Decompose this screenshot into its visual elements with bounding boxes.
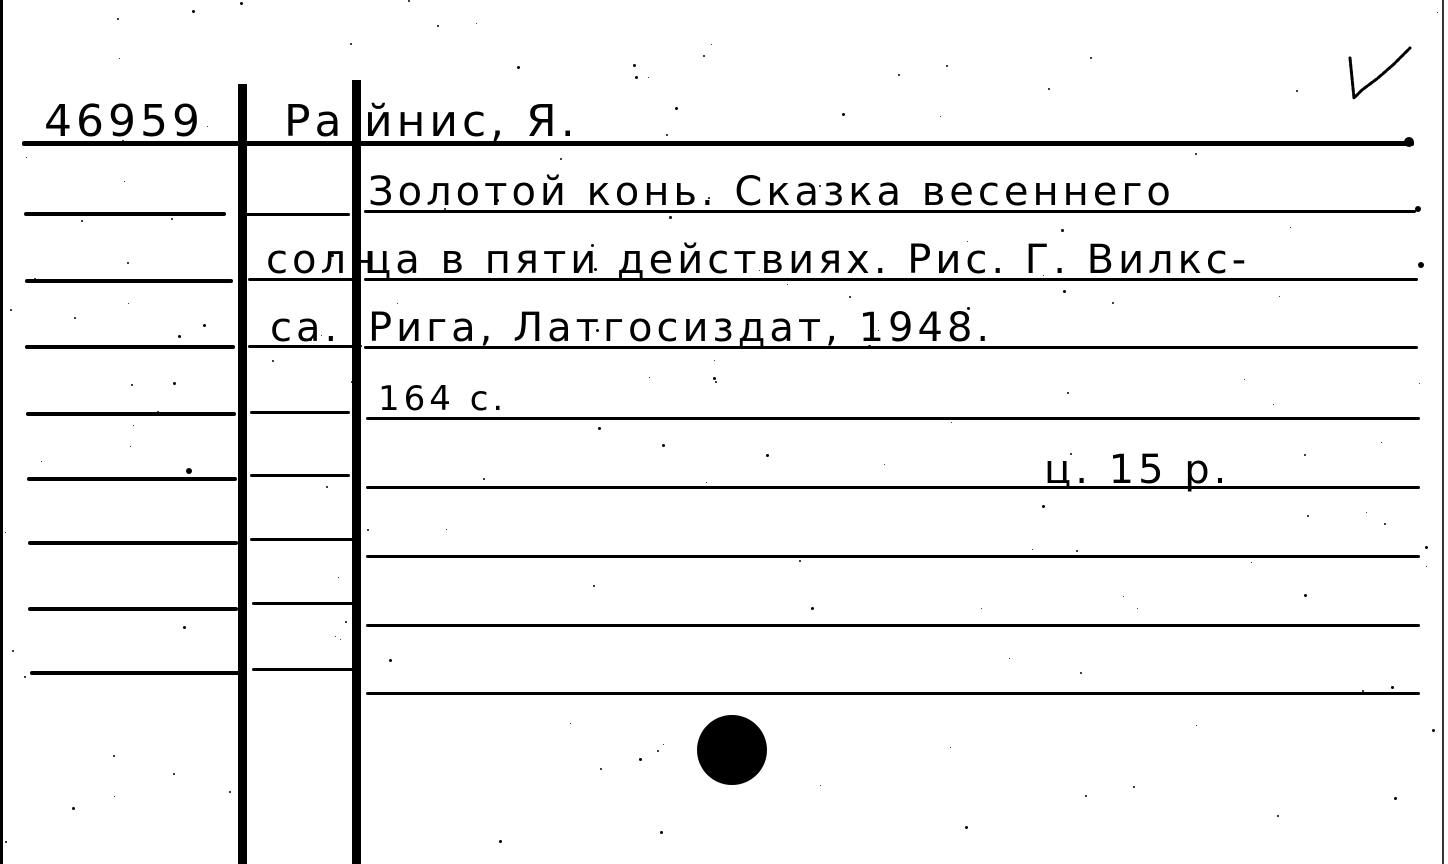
scan-noise <box>632 324 634 326</box>
price: ц. 15 р. <box>1044 450 1230 490</box>
scan-noise <box>951 422 952 423</box>
scan-noise <box>1384 523 1386 525</box>
scan-noise <box>662 444 665 447</box>
scan-noise <box>1123 596 1124 597</box>
imprint: Рига, Латгосиздат, 1948. <box>368 308 993 348</box>
scan-noise <box>360 345 362 347</box>
scan-noise <box>849 296 851 298</box>
scan-noise <box>1195 153 1197 155</box>
vertical-rule-2 <box>352 80 361 864</box>
scan-noise <box>1296 90 1298 92</box>
scan-noise <box>203 324 206 327</box>
scan-noise <box>1112 302 1114 304</box>
scan-noise <box>950 747 951 748</box>
scan-noise <box>1042 505 1045 508</box>
scan-noise <box>1437 12 1438 13</box>
speck <box>186 468 192 474</box>
scan-noise <box>1070 453 1072 455</box>
scan-noise <box>649 377 650 378</box>
scan-noise <box>1277 815 1279 817</box>
scan-noise <box>1061 229 1064 232</box>
scan-noise <box>309 338 312 341</box>
scan-noise <box>884 464 885 465</box>
scan-noise <box>714 360 715 361</box>
scan-noise <box>570 723 571 724</box>
scan-noise <box>351 381 353 383</box>
scan-noise <box>766 454 769 457</box>
scan-noise <box>0 418 2 420</box>
continuation-left-2: са. <box>270 308 341 348</box>
scan-noise <box>353 104 354 105</box>
middle-rule <box>250 538 354 541</box>
scan-noise <box>24 676 26 678</box>
scan-noise <box>122 140 124 142</box>
scan-noise <box>898 74 900 76</box>
scan-noise <box>345 621 347 623</box>
scan-noise <box>1426 566 1427 567</box>
scan-noise <box>128 303 129 304</box>
right-rule <box>366 624 1420 627</box>
scan-noise <box>340 639 341 640</box>
scan-noise <box>74 317 76 319</box>
scan-noise <box>72 807 75 810</box>
scan-noise <box>1425 546 1428 549</box>
scan-noise <box>842 113 845 116</box>
scan-noise <box>338 577 339 578</box>
scan-noise <box>648 77 649 78</box>
scan-noise <box>34 278 36 280</box>
scan-noise <box>713 377 716 380</box>
scan-noise <box>117 18 119 20</box>
scan-noise <box>1032 549 1033 550</box>
scan-noise <box>389 659 392 662</box>
scan-noise <box>1304 454 1306 456</box>
catalog-card: 46959 Ра йнис, Я. Золотой конь. Сказка в… <box>0 0 1448 864</box>
scan-noise <box>1391 686 1394 689</box>
scan-noise <box>878 330 879 331</box>
scan-noise <box>130 446 131 447</box>
scan-noise <box>192 10 195 13</box>
scan-noise <box>171 218 173 220</box>
scan-noise <box>635 76 638 79</box>
right-rule <box>366 486 1420 489</box>
scan-noise <box>173 773 175 775</box>
scan-noise <box>173 382 176 385</box>
scan-noise <box>183 626 186 629</box>
scan-noise <box>967 241 968 242</box>
card-left-edge <box>0 0 3 864</box>
scan-noise <box>593 585 595 587</box>
scan-noise <box>711 44 712 45</box>
middle-rule <box>250 411 350 414</box>
scan-noise <box>598 427 601 430</box>
scan-noise <box>1394 797 1397 800</box>
middle-rule <box>245 213 350 216</box>
scan-noise <box>591 244 594 247</box>
middle-rule <box>252 668 356 671</box>
scan-noise <box>444 208 446 210</box>
scan-noise <box>178 335 181 338</box>
scan-noise <box>1244 379 1245 380</box>
scan-noise <box>162 282 163 283</box>
scan-noise <box>974 144 975 145</box>
scan-noise <box>657 750 659 752</box>
scan-noise <box>1080 672 1082 674</box>
scan-noise <box>639 758 642 761</box>
scan-noise <box>5 841 7 843</box>
left-rule <box>25 279 233 283</box>
continuation-right-1: ца в пяти действиях. Рис. Г. Вилкс- <box>364 240 1250 280</box>
scan-noise <box>1375 279 1377 281</box>
scan-noise <box>1090 57 1092 59</box>
title-line: Золотой конь. Сказка весеннего <box>368 172 1175 212</box>
left-rule <box>30 671 240 675</box>
scan-noise <box>496 199 499 202</box>
scan-noise <box>633 64 636 67</box>
scan-noise <box>350 43 352 45</box>
scan-noise <box>1196 725 1197 726</box>
left-rule <box>26 412 236 416</box>
scan-noise <box>272 360 274 362</box>
scan-noise <box>1048 88 1050 90</box>
scan-noise <box>940 116 941 117</box>
scan-noise <box>476 23 477 24</box>
checkmark-icon <box>1340 40 1430 110</box>
scan-noise <box>560 158 562 160</box>
scan-noise <box>127 262 129 264</box>
right-rule <box>366 417 1420 420</box>
scan-noise <box>1137 608 1138 609</box>
call-number: 46959 <box>44 100 204 144</box>
scan-noise <box>981 608 982 609</box>
scan-noise <box>1381 442 1382 443</box>
scan-noise <box>244 684 246 686</box>
card-right-edge <box>1442 0 1444 864</box>
pagination: 164 с. <box>378 382 507 416</box>
scan-noise <box>660 831 663 834</box>
scan-noise <box>1304 594 1307 597</box>
scan-noise <box>715 381 717 383</box>
scan-noise <box>1043 275 1044 276</box>
left-rule <box>28 541 238 545</box>
scan-noise <box>596 329 599 332</box>
scan-noise <box>965 826 968 829</box>
scan-noise <box>820 785 821 786</box>
scan-noise <box>1307 515 1309 517</box>
scan-noise <box>1076 550 1078 552</box>
scan-noise <box>114 796 115 797</box>
scan-noise <box>1419 383 1420 384</box>
scan-noise <box>446 529 447 530</box>
punch-hole <box>697 715 767 785</box>
scan-noise <box>81 220 83 222</box>
scan-noise <box>321 335 322 336</box>
scan-noise <box>1290 227 1291 228</box>
scan-noise <box>131 384 133 386</box>
scan-noise <box>806 419 807 420</box>
scan-noise <box>196 141 197 142</box>
scan-noise <box>787 284 788 285</box>
scan-noise <box>207 126 208 127</box>
scan-noise <box>799 560 801 562</box>
scan-noise <box>124 181 125 182</box>
scan-noise <box>326 486 328 488</box>
scan-noise <box>113 755 115 757</box>
scan-noise <box>229 791 231 793</box>
scan-noise <box>600 768 602 770</box>
speck <box>1418 262 1424 268</box>
scan-noise <box>1273 404 1274 405</box>
scan-noise <box>517 66 520 69</box>
scan-noise <box>437 25 439 27</box>
scan-noise <box>10 309 12 311</box>
scan-noise <box>357 206 360 209</box>
scan-noise <box>1067 392 1069 394</box>
scan-noise <box>133 425 134 426</box>
scan-noise <box>119 58 120 59</box>
scan-noise <box>811 607 814 610</box>
scan-noise <box>669 216 672 219</box>
scan-noise <box>1133 786 1135 788</box>
right-rule <box>366 555 1420 558</box>
scan-noise <box>1251 562 1252 563</box>
scan-noise <box>240 2 243 5</box>
left-rule <box>27 477 237 481</box>
heading-prefix: Ра <box>284 100 346 144</box>
scan-noise <box>222 608 225 611</box>
scan-noise <box>408 0 410 2</box>
scan-noise <box>675 107 678 110</box>
left-rule <box>28 607 238 611</box>
scan-noise <box>1009 658 1010 659</box>
middle-rule <box>250 474 350 477</box>
scan-noise <box>706 482 707 483</box>
scan-noise <box>946 65 948 67</box>
scan-noise <box>397 303 398 304</box>
scan-noise <box>26 157 27 158</box>
scan-noise <box>718 779 721 782</box>
scan-noise <box>12 650 14 652</box>
scan-noise <box>1362 690 1364 692</box>
scan-noise <box>335 636 336 637</box>
scan-noise <box>907 318 908 319</box>
left-rule <box>25 345 235 349</box>
scan-noise <box>5 532 6 533</box>
author-name: йнис, Я. <box>364 100 579 144</box>
right-rule <box>366 692 1420 695</box>
scan-noise <box>1432 729 1435 732</box>
heading-rule <box>22 141 1414 146</box>
scan-noise <box>759 270 760 271</box>
rule-end-dot <box>1404 137 1414 147</box>
scan-noise <box>483 478 485 480</box>
scan-noise <box>967 307 970 310</box>
scan-noise <box>1279 296 1280 297</box>
scan-noise <box>367 529 369 531</box>
scan-noise <box>157 411 159 413</box>
scan-noise <box>666 134 668 136</box>
vertical-rule-1 <box>238 84 247 864</box>
speck <box>1415 206 1421 212</box>
scan-noise <box>663 744 664 745</box>
scan-noise <box>499 840 502 843</box>
scan-noise <box>819 185 821 187</box>
scan-noise <box>1366 512 1367 513</box>
scan-noise <box>703 55 705 57</box>
middle-rule <box>252 602 356 605</box>
scan-noise <box>594 268 597 271</box>
scan-noise <box>329 259 331 261</box>
scan-noise <box>1195 145 1196 146</box>
scan-noise <box>868 345 871 348</box>
left-rule <box>24 212 226 216</box>
scan-noise <box>708 197 710 199</box>
scan-noise <box>41 461 42 462</box>
scan-noise <box>1085 795 1087 797</box>
scan-noise <box>331 254 334 257</box>
scan-noise <box>1063 290 1066 293</box>
